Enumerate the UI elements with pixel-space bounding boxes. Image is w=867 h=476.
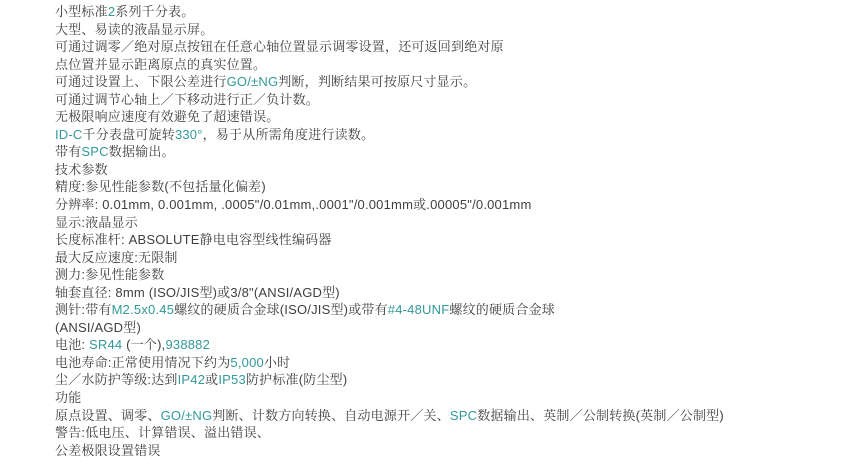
text-segment: 可通过调节心轴上／下移动进行正／负计数。 — [55, 92, 319, 107]
text-line-4: 点位置并显示距离原点的真实位置。 — [55, 56, 855, 74]
text-segment: 分辨率: 0.01mm, 0.001mm, .0005"/0.01mm,.000… — [55, 197, 531, 212]
text-segment: 带有 — [55, 144, 81, 159]
text-line-24: 原点设置、调零、GO/±NG判断、计数方向转换、自动电源开／关、SPC数据输出、… — [55, 407, 855, 425]
accent-term: SPC — [450, 408, 477, 423]
text-segment: 螺纹的硬质合金球(ISO/JIS型)或带有 — [174, 302, 388, 317]
text-segment: 螺纹的硬质合金球 — [449, 302, 555, 317]
text-segment: 判断，判断结果可按原尺寸显示。 — [278, 74, 476, 89]
text-line-18: 测针:带有M2.5x0.45螺纹的硬质合金球(ISO/JIS型)或带有#4-48… — [55, 301, 855, 319]
accent-term: M2.5x0.45 — [112, 302, 175, 317]
text-segment: 最大反应速度:无限制 — [55, 250, 178, 265]
text-segment: 大型、易读的液晶显示屏。 — [55, 22, 213, 37]
text-segment: 或 — [205, 372, 218, 387]
accent-term: IP42 — [178, 372, 206, 387]
accent-term: ID-C — [55, 127, 83, 142]
text-line-20: 电池: SR44 (一个),938882 — [55, 336, 855, 354]
text-segment: 长度标准杆: ABSOLUTE静电电容型线性编码器 — [55, 232, 332, 247]
text-segment: 测针:带有 — [55, 302, 112, 317]
text-line-12: 分辨率: 0.01mm, 0.001mm, .0005"/0.01mm,.000… — [55, 196, 855, 214]
accent-term: 5,000 — [230, 355, 264, 370]
text-segment: ，易于从所需角度进行读数。 — [203, 127, 375, 142]
text-line-23: 功能 — [55, 389, 855, 407]
text-segment: 电池寿命:正常使用情况下约为 — [55, 355, 230, 370]
accent-term: GO/±NG — [227, 74, 279, 89]
product-spec-page: 小型标准2系列千分表。大型、易读的液晶显示屏。可通过调零／绝对原点按钮在任意心轴… — [0, 0, 867, 476]
text-segment: 点位置并显示距离原点的真实位置。 — [55, 57, 266, 72]
text-segment: 显示:液晶显示 — [55, 215, 138, 230]
text-segment: 千分表盘可旋转 — [83, 127, 175, 142]
text-segment: 数据输出、英制／公制转换(英制／公制型) — [477, 408, 724, 423]
text-line-6: 可通过调节心轴上／下移动进行正／负计数。 — [55, 91, 855, 109]
text-segment: 公差极限设置错误 — [55, 443, 161, 458]
text-segment: 防护标准(防尘型) — [246, 372, 347, 387]
text-segment: (ANSI/AGD型) — [55, 320, 141, 335]
text-line-26: 公差极限设置错误 — [55, 442, 855, 460]
text-segment: 系列千分表。 — [115, 4, 194, 19]
accent-term: 938882 — [165, 337, 210, 352]
text-line-9: 带有SPC数据输出。 — [55, 143, 855, 161]
text-segment: 功能 — [55, 390, 81, 405]
text-line-19: (ANSI/AGD型) — [55, 319, 855, 337]
accent-term: 330° — [175, 127, 203, 142]
text-line-17: 轴套直径: 8mm (ISO/JIS型)或3/8"(ANSI/AGD型) — [55, 284, 855, 302]
text-segment: 技术参数 — [55, 162, 108, 177]
text-line-25: 警告:低电压、计算错误、溢出错误、 — [55, 424, 855, 442]
text-segment: 小型标准 — [55, 4, 108, 19]
text-segment: 小时 — [264, 355, 290, 370]
text-line-7: 无极限响应速度有效避免了超速错误。 — [55, 108, 855, 126]
accent-term: GO/±NG — [161, 408, 213, 423]
text-segment: 判断、计数方向转换、自动电源开／关、 — [212, 408, 450, 423]
accent-term: IP53 — [218, 372, 246, 387]
accent-term: SR44 — [89, 337, 122, 352]
text-line-2: 大型、易读的液晶显示屏。 — [55, 21, 855, 39]
text-line-21: 电池寿命:正常使用情况下约为5,000小时 — [55, 354, 855, 372]
text-line-8: ID-C千分表盘可旋转330°，易于从所需角度进行读数。 — [55, 126, 855, 144]
text-line-15: 最大反应速度:无限制 — [55, 249, 855, 267]
accent-term: #4-48UNF — [388, 302, 450, 317]
text-segment: 精度:参见性能参数(不包括量化偏差) — [55, 179, 266, 194]
text-line-10: 技术参数 — [55, 161, 855, 179]
text-line-16: 测力:参见性能参数 — [55, 266, 855, 284]
text-segment: 测力:参见性能参数 — [55, 267, 164, 282]
text-segment: 可通过调零／绝对原点按钮在任意心轴位置显示调零设置，还可返回到绝对原 — [55, 39, 504, 54]
text-segment: 数据输出。 — [109, 144, 175, 159]
text-line-22: 尘／水防护等级:达到IP42或IP53防护标准(防尘型) — [55, 371, 855, 389]
text-segment: 电池: — [55, 337, 89, 352]
text-line-5: 可通过设置上、下限公差进行GO/±NG判断，判断结果可按原尺寸显示。 — [55, 73, 855, 91]
text-segment: 可通过设置上、下限公差进行 — [55, 74, 227, 89]
text-line-14: 长度标准杆: ABSOLUTE静电电容型线性编码器 — [55, 231, 855, 249]
text-segment: (一个), — [122, 337, 165, 352]
text-line-1: 小型标准2系列千分表。 — [55, 3, 855, 21]
text-segment: 轴套直径: 8mm (ISO/JIS型)或3/8"(ANSI/AGD型) — [55, 285, 340, 300]
accent-term: SPC — [81, 144, 108, 159]
text-segment: 无极限响应速度有效避免了超速错误。 — [55, 109, 279, 124]
text-line-3: 可通过调零／绝对原点按钮在任意心轴位置显示调零设置，还可返回到绝对原 — [55, 38, 855, 56]
text-segment: 原点设置、调零、 — [55, 408, 161, 423]
text-line-13: 显示:液晶显示 — [55, 214, 855, 232]
text-segment: 尘／水防护等级:达到 — [55, 372, 178, 387]
text-segment: 警告:低电压、计算错误、溢出错误、 — [55, 425, 270, 440]
text-line-11: 精度:参见性能参数(不包括量化偏差) — [55, 178, 855, 196]
spec-text-block: 小型标准2系列千分表。大型、易读的液晶显示屏。可通过调零／绝对原点按钮在任意心轴… — [55, 3, 855, 459]
